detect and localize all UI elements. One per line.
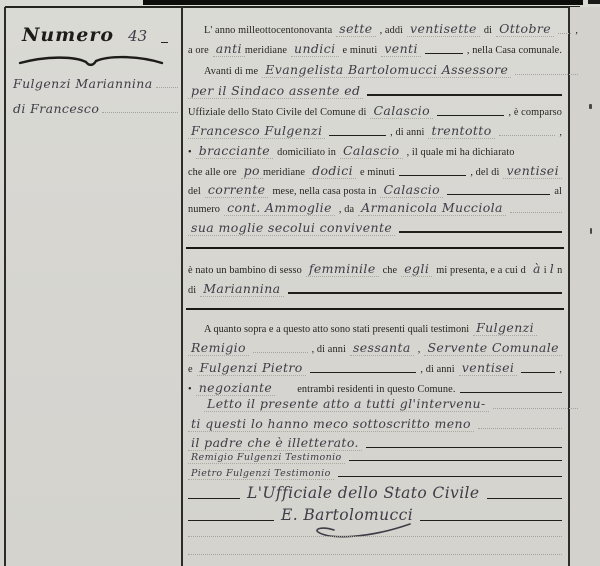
printed-text: a ore	[188, 45, 209, 56]
empty-ruled-line	[188, 554, 562, 558]
line-closing2: ti questi lo hanno meco sottoscritto men…	[188, 416, 562, 432]
section-rule	[186, 308, 564, 310]
line-mother: numero cont. Ammoglie , da Armanicola Mu…	[188, 200, 562, 216]
witness2-name: Fulgenzi Pietro	[197, 360, 306, 376]
witness2-signature: Pietro Fulgenzi Testimonio	[188, 468, 334, 480]
blank-fill-line	[288, 292, 563, 294]
blank-fill-line	[447, 194, 550, 195]
year-handwritten: sette	[336, 21, 375, 37]
line-time: a ore anti meridiane undici e minuti ven…	[188, 41, 562, 57]
printed-text: , da	[339, 204, 354, 215]
printed-text: ,	[559, 364, 562, 375]
declarant-name: Francesco Fulgenzi	[188, 123, 325, 139]
printed-text: , di anni	[390, 127, 424, 138]
printed-text: domiciliato in	[277, 147, 336, 158]
blank-fill-line	[329, 135, 386, 136]
scan-edge-mark	[588, 0, 600, 4]
printed-text: A quanto sopra e a questo atto sono stat…	[204, 324, 469, 335]
witness1-age: sessanta	[350, 340, 414, 356]
house-address: cont. Ammoglie	[224, 200, 335, 216]
closing-paragraph-line3: il padre che è illetterato.	[188, 435, 362, 451]
ruled-line	[558, 33, 571, 34]
printed-text: Uffiziale dello Stato Civile del Comune …	[188, 107, 366, 118]
day-handwritten: ventisette	[407, 21, 480, 37]
printed-text: meridiane	[245, 45, 287, 56]
ruled-line	[493, 408, 578, 409]
child-name: Mariannina	[200, 281, 283, 297]
printed-text: , del dì	[470, 167, 499, 178]
empty-ruled-line	[188, 536, 562, 540]
printed-text: , di anni	[420, 364, 454, 375]
presenter-pronoun: egli	[401, 261, 432, 277]
declarant-occupation: bracciante	[196, 143, 273, 159]
witness1-surname: Fulgenzi	[473, 320, 537, 336]
witness1-signature: Remigio Fulgenzi Testimonio	[188, 452, 345, 464]
printed-text: che alle ore	[188, 167, 237, 178]
line-commune: Uffiziale dello Stato Civile del Comune …	[188, 103, 562, 119]
line-witness2: e Fulgenzi Pietro , di anni ventisei ,	[188, 360, 562, 376]
printed-text: di	[484, 25, 492, 36]
word-completion-group: à i l nom e	[530, 261, 562, 276]
residence-name: Calascio	[340, 143, 403, 159]
asterisk-mark: •	[188, 147, 192, 158]
blank-fill-line	[367, 94, 562, 96]
printed-text: ,	[575, 25, 578, 36]
ruled-line	[156, 87, 178, 88]
witness2-occupation: negoziante	[196, 380, 275, 396]
birth-record-scan: Numero 43 Fulgenzi Mariannina di Frances…	[0, 0, 600, 566]
witness1-occupation: Servente Comunale	[424, 340, 562, 356]
line-closing3: il padre che è illetterato.	[188, 435, 562, 451]
record-number-row: Numero 43	[22, 24, 168, 46]
line-witnesses-intro: A quanto sopra e a questo atto sono stat…	[188, 320, 578, 336]
record-number-value: 43	[122, 27, 153, 45]
blank-fill-line	[399, 231, 562, 233]
birth-place: Calascio	[380, 182, 443, 198]
blank-fill-line	[366, 447, 562, 448]
mother-name: Armanicola Mucciola	[358, 200, 506, 216]
blank-fill-line	[349, 460, 562, 461]
printed-text: numero	[188, 204, 220, 215]
scan-edge-bar	[143, 0, 583, 5]
printed-text: di	[188, 285, 196, 296]
commune-name: Calascio	[370, 103, 433, 119]
printed-text: e minuti	[360, 167, 395, 178]
ruled-line	[510, 212, 562, 213]
page-right-margin	[570, 7, 600, 566]
line-official-title: L'Ufficiale dello Stato Civile	[188, 484, 562, 502]
ruled-line	[188, 536, 562, 537]
blank-fill-line	[487, 498, 563, 499]
child-sex: femminile	[306, 261, 379, 277]
line-birth-time: che alle ore po meridiane dodici e minut…	[188, 163, 562, 179]
printed-text: , di anni	[312, 344, 346, 355]
declarant-age: trentotto	[428, 123, 494, 139]
line-witness1: Remigio , di anni sessanta , Servente Co…	[188, 340, 562, 356]
registrar-name: Evangelista Bartolomucci Assessore	[262, 62, 511, 78]
asterisk-mark: •	[188, 384, 192, 395]
printed-text: , nella Casa comunale.	[467, 45, 562, 56]
line-mother-relation: sua moglie secolui convivente	[188, 220, 562, 236]
handwritten-letter: à	[530, 261, 544, 276]
printed-text: ,	[559, 127, 562, 138]
registrar-capacity: per il Sindaco assente ed	[188, 83, 363, 99]
blank-fill-line	[399, 175, 466, 176]
official-title: L'Ufficiale dello Stato Civile	[244, 484, 483, 502]
printed-text: nom	[557, 265, 562, 276]
line-birth-place: del corrente mese, nella casa posta in C…	[188, 182, 562, 198]
blank-fill-line	[310, 372, 417, 373]
numero-underline	[161, 42, 168, 43]
printed-text: mese, nella casa posta in	[272, 186, 376, 197]
handwritten-letter: l	[547, 261, 557, 276]
line-official: Avanti di me Evangelista Bartolomucci As…	[188, 62, 578, 78]
blank-fill-line	[188, 520, 274, 521]
column-divider	[181, 7, 183, 566]
closing-paragraph-line2: ti questi lo hanno meco sottoscritto men…	[188, 416, 474, 432]
line-child-name: di Mariannina	[188, 281, 562, 297]
printed-text: del	[188, 186, 201, 197]
table-top-border	[5, 6, 580, 8]
ruled-line	[499, 135, 556, 136]
margin-subject-patronymic: di Francesco	[10, 101, 178, 116]
blank-fill-line	[460, 392, 562, 393]
paper-speck	[589, 104, 592, 109]
closing-paragraph-line1: Letto il presente atto a tutti gl'interv…	[204, 396, 489, 412]
printed-text: e minuti	[343, 45, 378, 56]
printed-text: , addì	[380, 25, 403, 36]
blank-fill-line	[420, 520, 562, 521]
line-date: L' anno milleottocentonovanta sette , ad…	[188, 21, 578, 37]
line-witness2-occupation: • negoziante entrambi residenti in quest…	[188, 380, 562, 396]
printed-text: è nato un bambino di sesso	[188, 265, 302, 276]
hour-handwritten: undici	[291, 41, 339, 57]
line-declarant: Francesco Fulgenzi , di anni trentotto ,	[188, 123, 562, 139]
printed-text: Avanti di me	[204, 66, 258, 77]
line-witness1-signature: Remigio Fulgenzi Testimonio	[188, 452, 562, 464]
witness2-age: ventisei	[459, 360, 518, 376]
birth-hour: dodici	[309, 163, 356, 179]
witness1-firstname: Remigio	[188, 340, 249, 356]
birth-day: ventisei	[503, 163, 562, 179]
line-birth-declaration: è nato un bambino di sesso femminile che…	[188, 261, 562, 277]
blank-fill-line	[521, 372, 555, 373]
subject-name-line1: Fulgenzi Mariannina	[10, 76, 156, 91]
ruled-line	[478, 428, 562, 429]
birth-meridiem-handwritten: po	[241, 163, 263, 179]
printed-text: meridiane	[263, 167, 305, 178]
printed-text: entrambi residenti in questo Comune.	[279, 384, 455, 395]
line-occupation: • bracciante domiciliato in Calascio , i…	[188, 143, 562, 159]
table-right-border	[568, 7, 570, 566]
blank-fill-line	[425, 53, 463, 54]
meridiem-handwritten: anti	[213, 41, 245, 57]
numero-label: Numero	[22, 24, 114, 46]
subject-name-line2: di Francesco	[10, 101, 102, 116]
birth-month-handwritten: corrente	[205, 182, 269, 198]
paper-speck	[590, 228, 592, 234]
margin-subject-name: Fulgenzi Mariannina	[10, 76, 178, 91]
printed-text: , è comparso	[508, 107, 562, 118]
month-handwritten: Ottobre	[496, 21, 554, 37]
printed-text: ,	[418, 344, 421, 355]
printed-text: al	[554, 186, 562, 197]
ruled-line	[102, 112, 178, 113]
minutes-handwritten: venti	[381, 41, 421, 57]
blank-fill-line	[188, 498, 240, 499]
meridiane-group: anti meridiane	[213, 41, 287, 57]
line-closing1: Letto il presente atto a tutti gl'interv…	[188, 396, 578, 412]
line-official-capacity: per il Sindaco assente ed	[188, 83, 562, 99]
printed-text: mi presenta, e a cui d	[436, 265, 526, 276]
ruled-line	[515, 74, 578, 75]
blank-fill-line	[437, 115, 504, 116]
flourish-divider	[16, 54, 166, 70]
blank-fill-line	[338, 476, 562, 477]
printed-text: e	[188, 364, 193, 375]
line-witness2-signature: Pietro Fulgenzi Testimonio	[188, 468, 562, 480]
section-rule	[186, 247, 564, 249]
ruled-line	[188, 554, 562, 555]
table-left-border	[4, 7, 6, 566]
mother-relation: sua moglie secolui convivente	[188, 220, 395, 236]
printed-text: che	[383, 265, 398, 276]
printed-text: L' anno milleottocentonovanta	[204, 25, 332, 36]
meridiane-group: po meridiane	[241, 163, 305, 179]
printed-text: , il quale mi ha dichiarato	[407, 147, 515, 158]
ruled-line	[253, 352, 308, 353]
